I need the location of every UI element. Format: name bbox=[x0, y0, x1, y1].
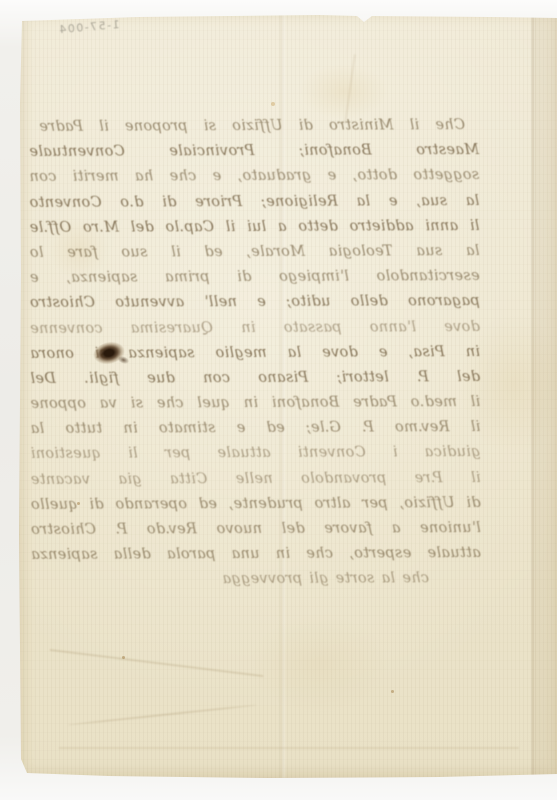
paper-speck bbox=[122, 656, 125, 659]
text-line: il P.re provandolo nelle Citta gia vacan… bbox=[30, 466, 480, 493]
text-line: l'unione a favore del nuovo Rev.do P. Ch… bbox=[31, 516, 481, 543]
text-line: Maestro Bonafoni; Provinciale Conventual… bbox=[29, 138, 479, 165]
text-line: dove l'anno passato in Quaresima convenn… bbox=[30, 315, 480, 342]
text-line: del P. lettori; Pisano con due figli. De… bbox=[30, 365, 480, 392]
text-line: soggetto dotto, e graduato, e che ha mer… bbox=[29, 163, 479, 190]
paper-stain bbox=[249, 614, 389, 714]
text-line: li anni addietro detto a lui il Cap.lo d… bbox=[29, 214, 479, 241]
photo-background: 1-57-004 Che il Ministro di Uffizio si p… bbox=[0, 0, 557, 800]
crease-line bbox=[59, 747, 519, 749]
text-line: che la sorte gli provvegga bbox=[194, 567, 429, 593]
text-line: la sua Teologia Morale, ed il suo fare l… bbox=[30, 239, 480, 266]
text-line: giudica i Conventi attuale per li questi… bbox=[30, 440, 480, 467]
paper-speck bbox=[391, 690, 394, 693]
text-line: il med.o Padre Bonafoni in quel che si v… bbox=[30, 390, 480, 417]
paper-speck bbox=[271, 102, 275, 106]
text-line: Che il Ministro di Uffizio si propone il… bbox=[39, 113, 465, 140]
text-line: attuale esperto, che in una parola della… bbox=[31, 541, 481, 568]
text-line: la sua, e la Religione; Priore di d.o Co… bbox=[29, 189, 479, 216]
text-line: esercitandolo l'impiego di prima sapienz… bbox=[30, 264, 480, 291]
paper-stain bbox=[299, 64, 389, 119]
letter-sheet: 1-57-004 Che il Ministro di Uffizio si p… bbox=[19, 14, 557, 778]
text-line: il Rev.mo P. G.le; ed e stimato in tutto… bbox=[30, 415, 480, 442]
text-line: di Uffizio, per altro prudente, ed opera… bbox=[31, 491, 481, 518]
text-line: pagarono dello udito; e nell' avvenuto C… bbox=[30, 289, 480, 316]
